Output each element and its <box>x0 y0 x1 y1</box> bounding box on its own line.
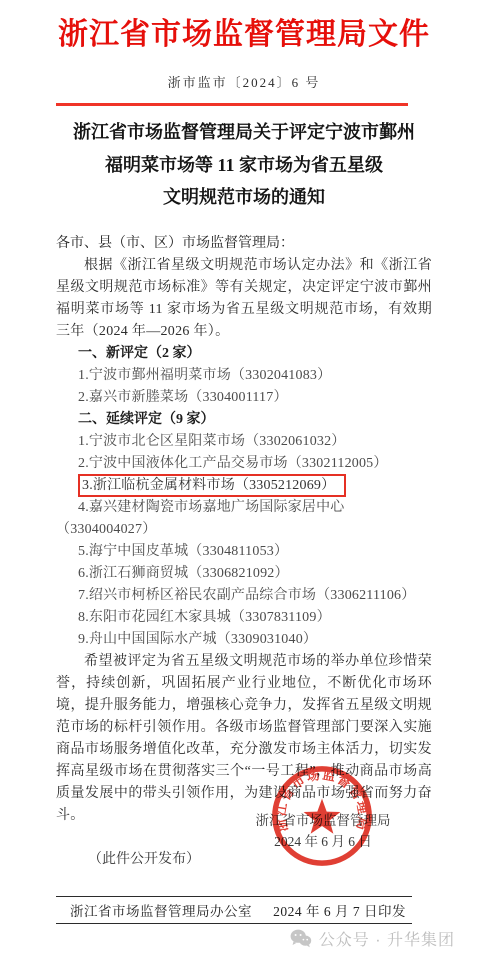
intro-paragraph: 根据《浙江省星级文明规范市场认定办法》和《浙江省星级文明规范市场标准》等有关规定… <box>56 255 432 343</box>
doc-body: 各市、县（市、区）市场监督管理局： 根据《浙江省星级文明规范市场认定办法》和《浙… <box>0 222 488 827</box>
doc-title: 浙江省市场监督管理局关于评定宁波市鄞州 福明菜市场等 11 家市场为省五星级 文… <box>0 116 488 214</box>
red-divider <box>56 103 408 106</box>
doc-number: 浙市监市〔2024〕6 号 <box>0 74 488 92</box>
list-item: 6.浙江石狮商贸城（3306821092） <box>56 563 432 585</box>
section-2-heading: 二、延续评定（9 家） <box>56 409 432 431</box>
list-item: 2.嘉兴市新塍菜场（3304001117） <box>56 387 432 409</box>
list-item: 1.宁波市北仑区星阳菜市场（3302061032） <box>56 431 432 453</box>
doc-title-line-2: 福明菜市场等 11 家市场为省五星级 <box>0 149 488 182</box>
print-date: 2024 年 6 月 7 日印发 <box>273 900 406 920</box>
list-item-highlighted: 3.浙江临杭金属材料市场（3305212069） <box>56 475 432 497</box>
doc-title-line-3: 文明规范市场的通知 <box>0 181 488 214</box>
official-seal: 浙江省市场监督管理局 <box>271 765 373 867</box>
list-item: 9.舟山中国国际水产城（3309031040） <box>56 629 432 651</box>
doc-title-line-1: 浙江省市场监督管理局关于评定宁波市鄞州 <box>0 116 488 149</box>
closing-paragraph: 希望被评定为省五星级文明规范市场的举办单位珍惜荣誉，持续创新，巩固拓展产业行业地… <box>56 651 432 827</box>
issuing-office: 浙江省市场监督管理局办公室 <box>70 900 252 920</box>
list-item: 2.宁波中国液体化工产品交易市场（3302112005） <box>56 453 432 475</box>
public-release-note: （此件公开发布） <box>88 848 200 868</box>
list-item: 7.绍兴市柯桥区裕民农副产品综合市场（3306211106） <box>56 585 432 607</box>
list-item: 4.嘉兴建材陶瓷市场嘉地广场国际家居中心（3304004027） <box>56 497 432 541</box>
seal-star-icon <box>304 799 341 834</box>
section-1-heading: 一、新评定（2 家） <box>56 343 432 365</box>
list-item: 1.宁波市鄞州福明菜市场（3302041083） <box>56 365 432 387</box>
wechat-icon <box>290 929 312 948</box>
watermark: 公众号 · 升华集团 <box>290 927 455 950</box>
salutation: 各市、县（市、区）市场监督管理局： <box>56 233 432 255</box>
letterhead-title: 浙江省市场监督管理局文件 <box>0 0 488 55</box>
list-item: 5.海宁中国皮革城（3304811053） <box>56 541 432 563</box>
watermark-text: 公众号 · 升华集团 <box>319 927 455 950</box>
colophon-footer: 浙江省市场监督管理局办公室 2024 年 6 月 7 日印发 <box>56 896 412 924</box>
document-page: 浙江省市场监督管理局文件 浙市监市〔2024〕6 号 浙江省市场监督管理局关于评… <box>0 0 488 959</box>
highlight-box: 3.浙江临杭金属材料市场（3305212069） <box>78 474 346 497</box>
list-item: 8.东阳市花园红木家具城（3307831109） <box>56 607 432 629</box>
